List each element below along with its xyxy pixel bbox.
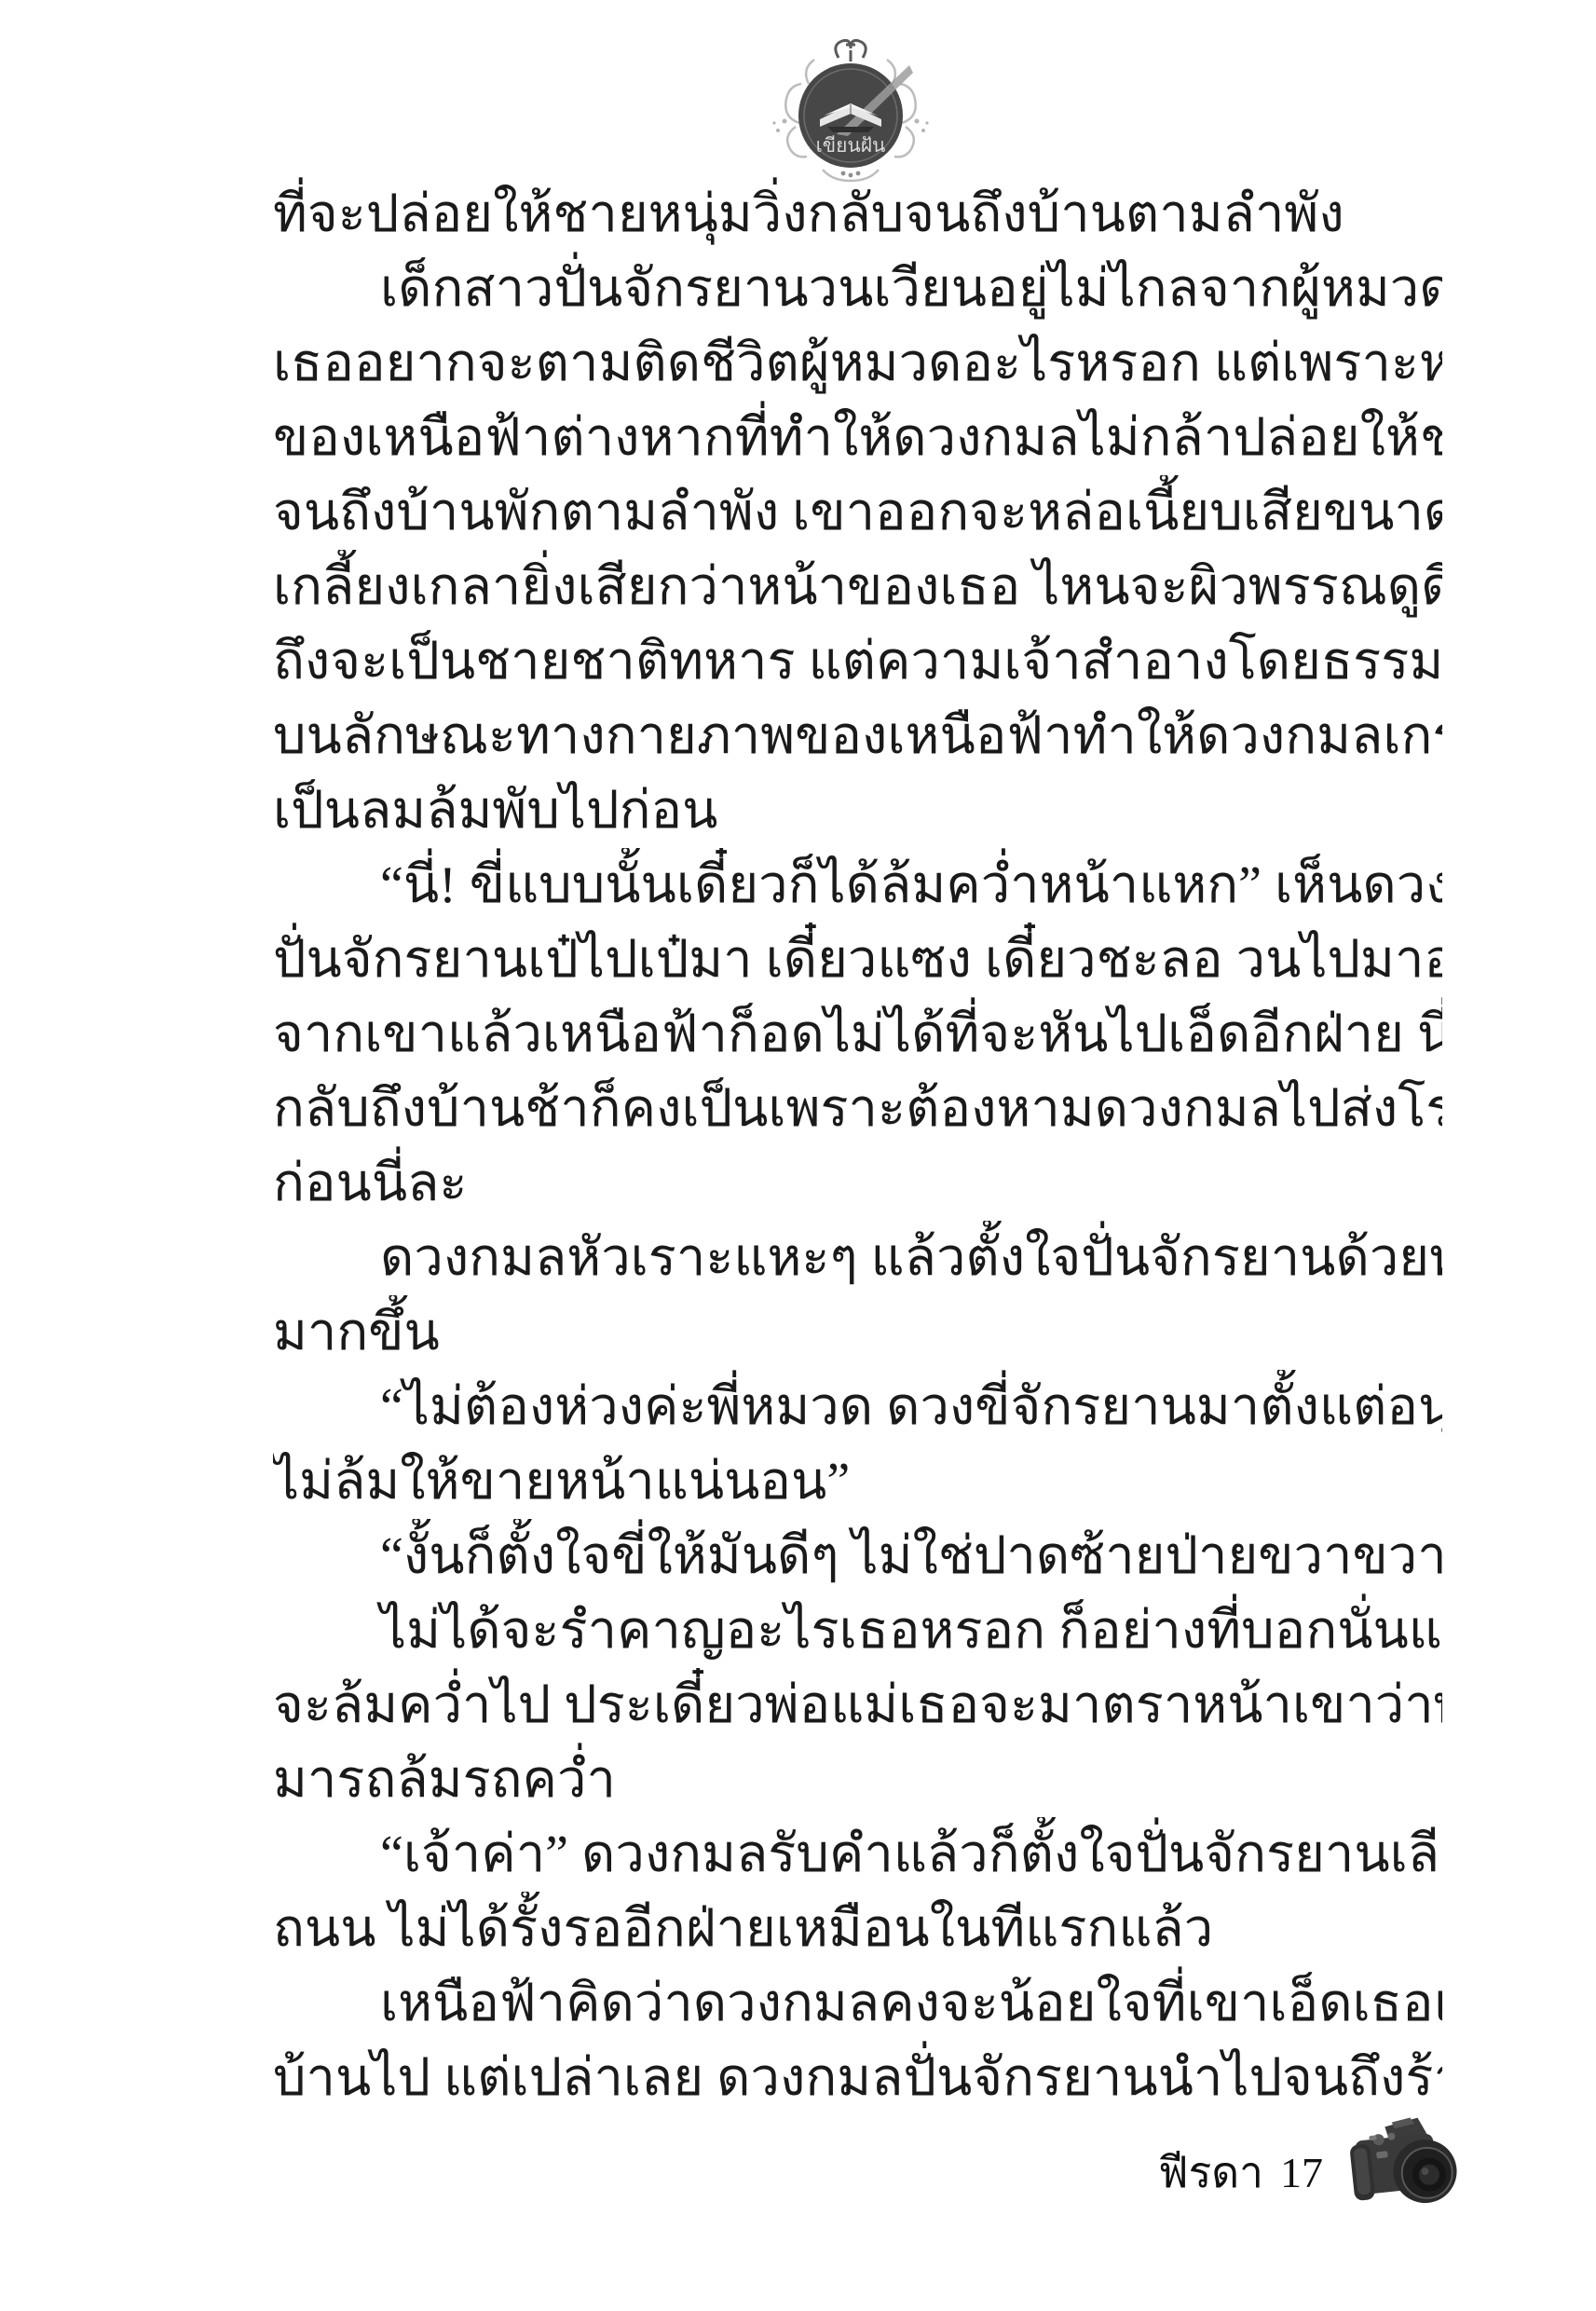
text-line: ถึงจะเป็นชายชาติทหาร แต่ความเจ้าสำอางโดย…	[273, 624, 1442, 699]
text-line: มากขึ้น	[273, 1295, 1442, 1370]
publisher-logo-text: เขียนฝัน	[816, 134, 886, 157]
text-line: ถนน ไม่ได้รั้งรออีกฝ่ายเหมือนในทีแรกแล้ว	[273, 1892, 1442, 1966]
text-line: เกลี้ยงเกลายิ่งเสียกว่าหน้าของเธอ ไหนจะผ…	[273, 550, 1442, 624]
text-line: ที่จะปล่อยให้ชายหนุ่มวิ่งกลับจนถึงบ้านตา…	[273, 177, 1442, 252]
publisher-emblem-icon: เขียนฝัน	[771, 30, 930, 188]
publisher-logo: เขียนฝัน	[771, 30, 930, 188]
text-line: จะล้มคว่ำไป ประเดี๋ยวพ่อแม่เธอจะมาตราหน้…	[273, 1668, 1442, 1743]
text-line: ปั่นจักรยานเป๋ไปเป๋มา เดี๋ยวแซง เดี๋ยวชะ…	[273, 923, 1442, 997]
camera-icon	[1344, 2112, 1471, 2225]
text-line: จนถึงบ้านพักตามลำพัง เขาออกจะหล่อเนี้ยบเ…	[273, 475, 1442, 550]
text-line: ไม่ล้มให้ขายหน้าแน่นอน”	[273, 1444, 1442, 1519]
text-line: จากเขาแล้วเหนือฟ้าก็อดไม่ได้ที่จะหันไปเอ…	[273, 997, 1442, 1072]
text-line: ไม่ได้จะรำคาญอะไรเธอหรอก ก็อย่างที่บอกนั…	[273, 1593, 1442, 1668]
text-line: มารถล้มรถคว่ำ	[273, 1743, 1442, 1817]
text-line: เป็นลมล้มพับไปก่อน	[273, 773, 1442, 848]
book-page: เขียนฝัน ที่จะปล่อยให้ชายหนุ่มวิ่งกลับจน…	[0, 0, 1596, 2311]
text-line: “ไม่ต้องห่วงค่ะพี่หมวด ดวงขี่จักรยานมาตั…	[273, 1370, 1442, 1444]
page-footer: ฟีรดา17	[1025, 2145, 1323, 2201]
page-body-text: ที่จะปล่อยให้ชายหนุ่มวิ่งกลับจนถึงบ้านตา…	[273, 177, 1442, 2115]
page-number: 17	[1280, 2149, 1323, 2196]
text-line: บนลักษณะทางกายภาพของเหนือฟ้าทำให้ดวงกมลเ…	[273, 699, 1442, 773]
text-line: กลับถึงบ้านช้าก็คงเป็นเพราะต้องหามดวงกมล…	[273, 1072, 1442, 1146]
text-line: บ้านไป แต่เปล่าเลย ดวงกมลปั่นจักรยานนำไป…	[273, 2041, 1442, 2115]
text-line: เด็กสาวปั่นจักรยานวนเวียนอยู่ไม่ไกลจากผู…	[273, 252, 1442, 326]
text-line: “งั้นก็ตั้งใจขี่ให้มันดีๆ ไม่ใช่ปาดซ้ายป…	[273, 1519, 1442, 1593]
book-title: ฟีรดา	[1158, 2149, 1263, 2196]
text-line: ของเหนือฟ้าต่างหากที่ทำให้ดวงกมลไม่กล้าป…	[273, 401, 1442, 475]
text-line: ก่อนนี่ละ	[273, 1146, 1442, 1221]
text-line: เหนือฟ้าคิดว่าดวงกมลคงจะน้อยใจที่เขาเอ็ด…	[273, 1966, 1442, 2041]
text-line: เธออยากจะตามติดชีวิตผู้หมวดอะไรหรอก แต่เ…	[273, 326, 1442, 401]
text-line: “เจ้าค่า” ดวงกมลรับคำแล้วก็ตั้งใจปั่นจัก…	[273, 1817, 1442, 1892]
text-line: ดวงกมลหัวเราะแหะๆ แล้วตั้งใจปั่นจักรยานด…	[273, 1221, 1442, 1295]
text-line: “นี่! ขี่แบบนั้นเดี๋ยวก็ได้ล้มคว่ำหน้าแห…	[273, 848, 1442, 923]
crown-icon	[836, 40, 866, 62]
